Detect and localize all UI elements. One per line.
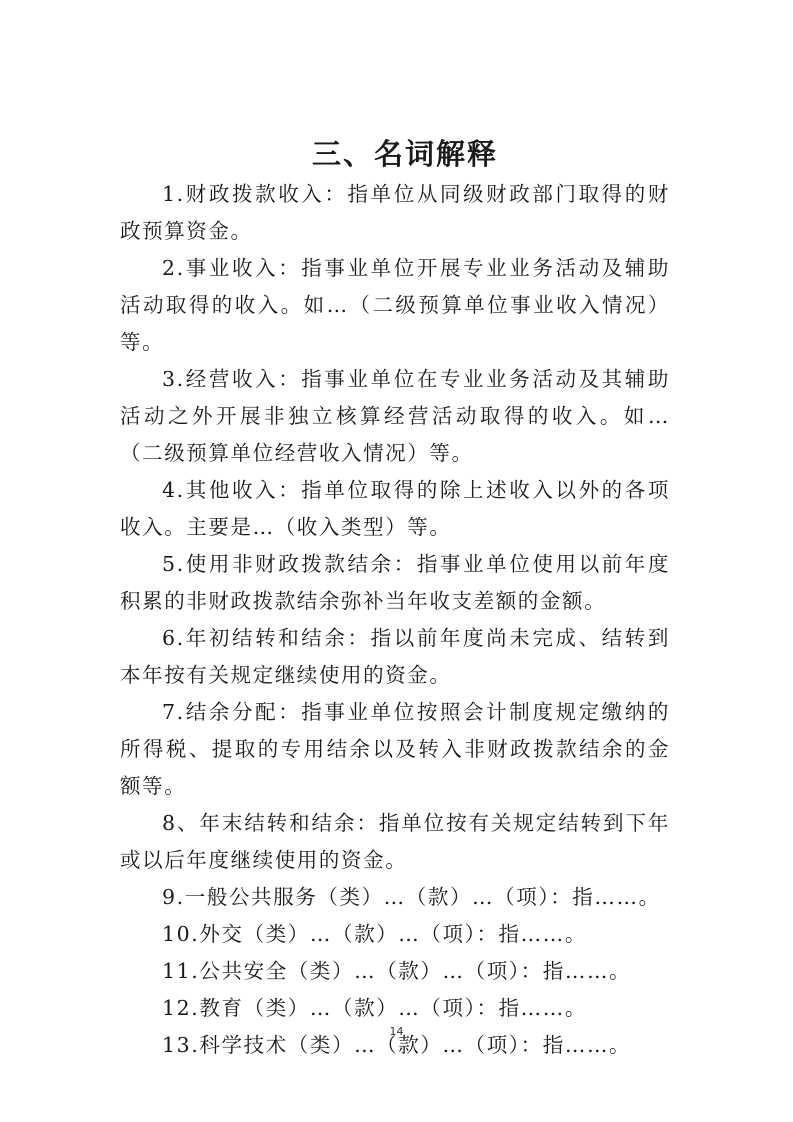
definition-item: 9.一般公共服务（类）…（款）…（项）：指……。 — [120, 879, 670, 916]
definition-item: 11.公共安全（类）…（款）…（项）：指……。 — [120, 953, 670, 990]
definition-item: 10.外交（类）…（款）…（项）：指……。 — [120, 916, 670, 953]
definition-paragraph: 5.使用非财政拨款结余：指事业单位使用以前年度积累的非财政拨款结余弥补当年收支差… — [120, 546, 670, 620]
definition-item: 12.教育（类）…（款）…（项）：指……。 — [120, 990, 670, 1027]
section-title: 三、名词解释 — [120, 132, 670, 176]
definition-paragraph: 2.事业收入：指事业单位开展专业业务活动及辅助活动取得的收入。如…（二级预算单位… — [120, 250, 670, 361]
document-page: 三、名词解释 1.财政拨款收入：指单位从同级财政部门取得的财政预算资金。 2.事… — [120, 132, 670, 1064]
definition-paragraph: 3.经营收入：指事业单位在专业业务活动及其辅助活动之外开展非独立核算经营活动取得… — [120, 361, 670, 472]
definition-paragraph: 1.财政拨款收入：指单位从同级财政部门取得的财政预算资金。 — [120, 176, 670, 250]
page-number: 14 — [0, 1025, 793, 1038]
definition-paragraph: 7.结余分配：指事业单位按照会计制度规定缴纳的所得税、提取的专用结余以及转入非财… — [120, 694, 670, 805]
definition-paragraph: 4.其他收入：指单位取得的除上述收入以外的各项收入。主要是…（收入类型）等。 — [120, 472, 670, 546]
definition-paragraph: 6.年初结转和结余：指以前年度尚未完成、结转到本年按有关规定继续使用的资金。 — [120, 620, 670, 694]
definition-paragraph: 8、年末结转和结余：指单位按有关规定结转到下年或以后年度继续使用的资金。 — [120, 805, 670, 879]
